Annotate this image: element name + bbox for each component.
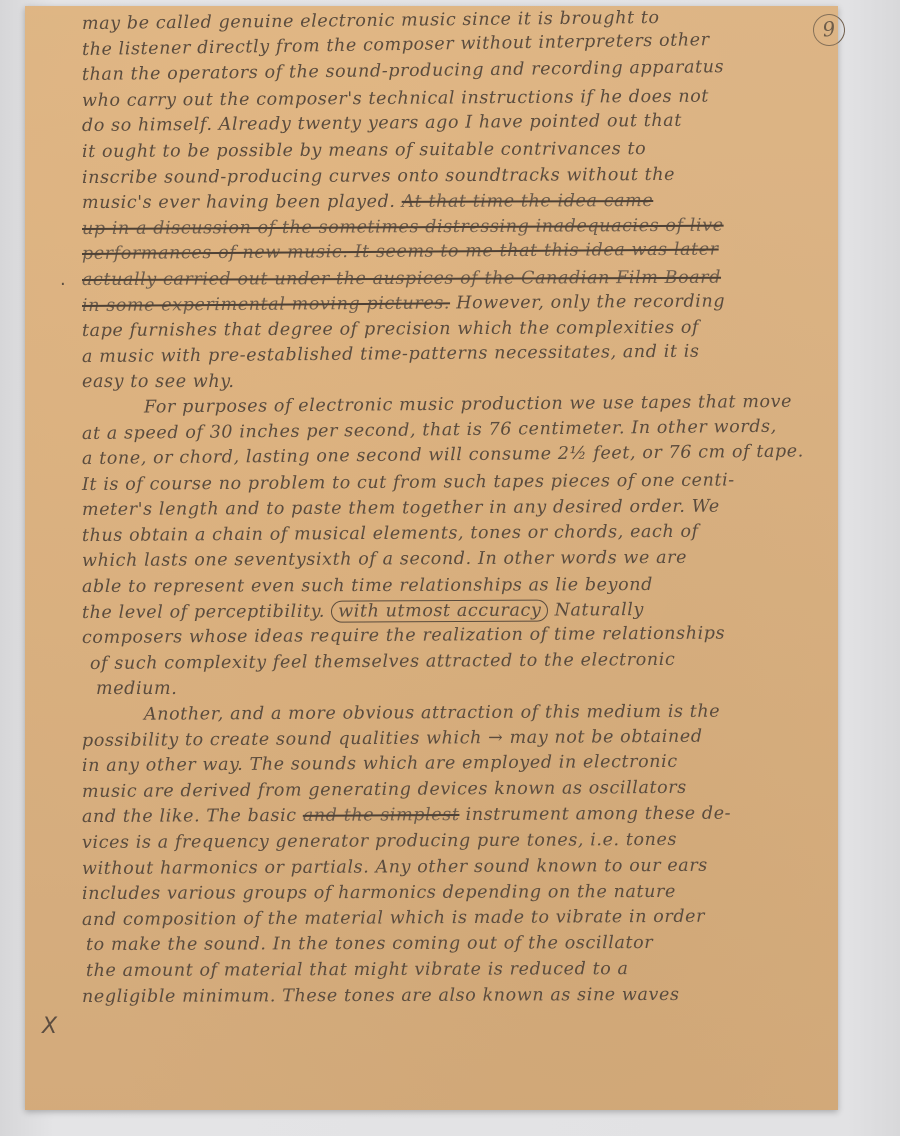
margin-x-mark: X bbox=[42, 1014, 57, 1039]
struck-text: At that time the idea came bbox=[402, 191, 654, 212]
text-line: of such complexity feel themselves attra… bbox=[82, 647, 822, 678]
handwritten-text-body: may be called genuine electronic music s… bbox=[82, 12, 822, 1010]
text-line: includes various groups of harmonics dep… bbox=[82, 880, 822, 908]
text-line: to make the sound. In the tones coming o… bbox=[82, 931, 822, 959]
text-line: do so himself. Already twenty years ago … bbox=[82, 108, 822, 140]
text-line: inscribe sound-producing curves onto sou… bbox=[82, 162, 822, 191]
text-line: it ought to be possible by means of suit… bbox=[82, 136, 822, 165]
text-line: It is of course no problem to cut from s… bbox=[82, 468, 822, 499]
text-line: the amount of material that might vibrat… bbox=[82, 956, 822, 984]
text-line: in some experimental moving pictures. Ho… bbox=[82, 288, 822, 319]
circled-insertion: with utmost accuracy bbox=[331, 599, 548, 622]
text-line: and composition of the material which is… bbox=[82, 904, 822, 933]
text-line: music's ever having been played. At that… bbox=[82, 189, 822, 217]
struck-text: in some experimental moving pictures. bbox=[82, 293, 450, 316]
text-line: and the like. The basic and the simplest… bbox=[82, 802, 822, 831]
text-line: negligible minimum. These tones are also… bbox=[82, 982, 822, 1010]
struck-text: and the simplest bbox=[303, 805, 460, 826]
text-line: able to represent even such time relatio… bbox=[82, 572, 822, 600]
text-line: which lasts one seventysixth of a second… bbox=[82, 546, 822, 575]
text-line: without harmonics or partials. Any other… bbox=[82, 853, 822, 882]
margin-dot: · bbox=[60, 274, 66, 295]
text-line-struck: performances of new music. It seems to m… bbox=[82, 237, 822, 268]
text-line: vices is a frequency generator producing… bbox=[82, 827, 822, 856]
text-line: a music with pre-established time-patter… bbox=[82, 338, 822, 370]
